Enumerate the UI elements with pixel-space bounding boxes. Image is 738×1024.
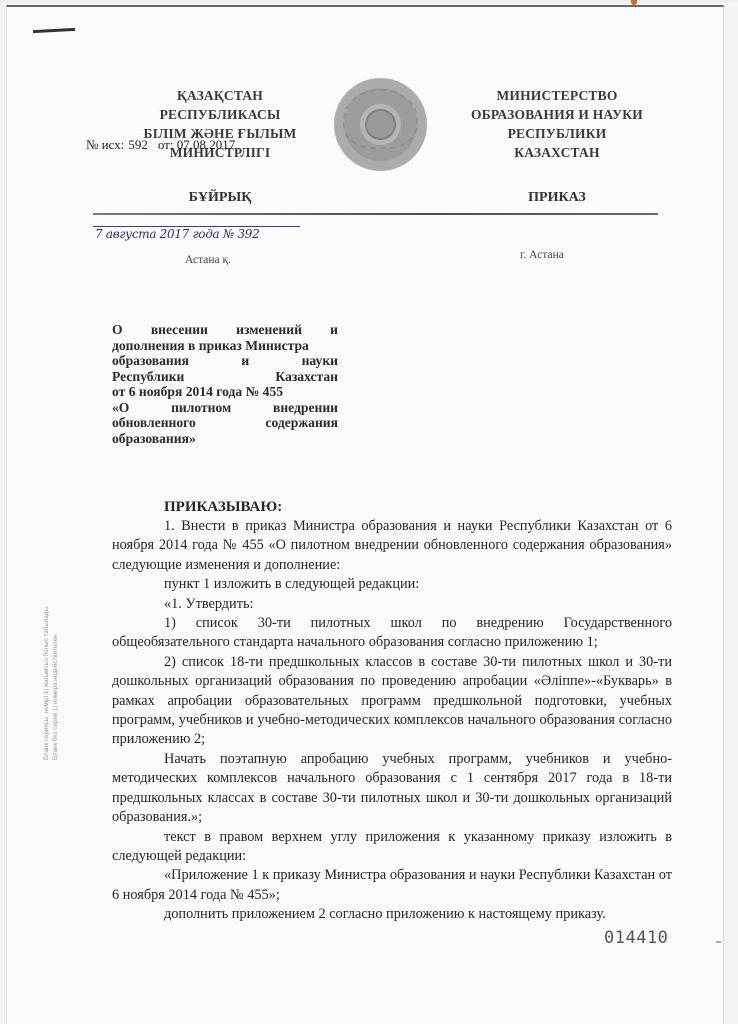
paragraph-corner-text: текст в правом верхнем углу приложения к… — [112, 828, 672, 867]
subject-word: и — [241, 353, 249, 369]
order-title-kz: БҰЙРЫҚ — [140, 190, 300, 206]
subject-line: обновленного содержания — [112, 415, 338, 431]
subject-word: внесении — [151, 322, 208, 338]
side-note-line: Бланк без серии 1) номера недействителен… — [51, 500, 60, 760]
header-ru-line: КАЗАХСТАН — [452, 143, 662, 162]
subject-word: Республики — [112, 369, 184, 385]
outgoing-stamp: № исх:592от: 07.08.2017 — [86, 137, 235, 153]
subject-line: от 6 ноября 2014 года № 455 — [112, 384, 338, 400]
subject-word: О — [112, 322, 123, 338]
subject-line: Республики Казахстан — [112, 369, 338, 385]
subject-line: О внесении изменений и — [112, 322, 338, 338]
subject-word: внедрении — [273, 400, 338, 416]
stamp-label: № исх: — [86, 137, 124, 152]
paragraph-point-1: пункт 1 изложить в следующей редакции: — [112, 575, 672, 594]
order-title-ru: ПРИКАЗ — [452, 190, 662, 206]
header-ru-line: РЕСПУБЛИКИ — [452, 124, 662, 143]
stamp-number: 592 — [128, 137, 148, 152]
date-underline — [93, 226, 300, 227]
paragraph-appendix-2: дополнить приложением 2 согласно приложе… — [112, 905, 672, 924]
city-kz: Астана қ. — [185, 254, 231, 266]
header-kz-line: РЕСПУБЛИКАСЫ — [140, 105, 300, 124]
subject-line: «О пилотном внедрении — [112, 400, 338, 416]
blank-validity-note: Бланк сериясы, нөмірі 1) жағымсыз болып … — [42, 500, 60, 760]
paragraph-list-2: 2) список 18-ти предшкольных классов в с… — [112, 653, 672, 750]
subject-word: образования» — [112, 431, 196, 447]
subject-word: изменений — [236, 322, 302, 338]
order-body: ПРИКАЗЫВАЮ: 1. Внести в приказ Министра … — [112, 497, 672, 925]
paragraph-appendix-1: «Приложение 1 к приказу Министра образов… — [112, 866, 672, 905]
order-subject: О внесении изменений и дополнения в прик… — [112, 322, 338, 446]
subject-word: дополнения в приказ Министра — [112, 338, 309, 354]
paragraph-list-1: 1) список 30-ти пилотных школ по внедрен… — [112, 614, 672, 653]
paragraph-item-1: 1. Внести в приказ Министра образования … — [112, 517, 672, 575]
handwritten-date-number: 7 августа 2017 года № 392 — [95, 227, 259, 241]
paragraph-start-approbation: Начать поэтапную апробацию учебных прогр… — [112, 750, 672, 828]
subject-word: содержания — [265, 415, 338, 431]
subject-word: от 6 ноября 2014 года № 455 — [112, 384, 283, 400]
header-ru-line: МИНИСТЕРСТВО — [452, 86, 662, 105]
order-heading: ПРИКАЗЫВАЮ: — [164, 497, 672, 517]
ministry-header-ru: МИНИСТЕРСТВО ОБРАЗОВАНИЯ И НАУКИ РЕСПУБЛ… — [452, 86, 662, 162]
subject-line: дополнения в приказ Министра — [112, 338, 338, 354]
state-emblem-icon — [333, 77, 428, 172]
header-kz-line: ҚАЗАҚСТАН — [140, 86, 300, 105]
header-ru-line: ОБРАЗОВАНИЯ И НАУКИ — [452, 105, 662, 124]
subject-word: «О — [112, 400, 129, 416]
subject-line: образования» — [112, 431, 338, 447]
subject-word: образования — [112, 353, 189, 369]
stamp-date: от: 07.08.2017 — [158, 137, 235, 152]
subject-word: и — [330, 322, 338, 338]
side-note-line: Бланк сериясы, нөмірі 1) жағымсыз болып … — [42, 500, 51, 760]
subject-word: Казахстан — [275, 369, 338, 385]
paragraph-approve: «1. Утвердить: — [112, 595, 672, 614]
margin-mark — [716, 941, 721, 943]
subject-word: обновленного — [112, 415, 196, 431]
subject-line: образования и науки — [112, 353, 338, 369]
subject-word: науки — [302, 353, 338, 369]
document-serial-number: 014410 — [604, 928, 668, 948]
city-ru: г. Астана — [520, 249, 564, 261]
subject-word: пилотном — [171, 400, 231, 416]
header-divider — [93, 213, 658, 215]
emblem-center-icon — [365, 109, 396, 140]
